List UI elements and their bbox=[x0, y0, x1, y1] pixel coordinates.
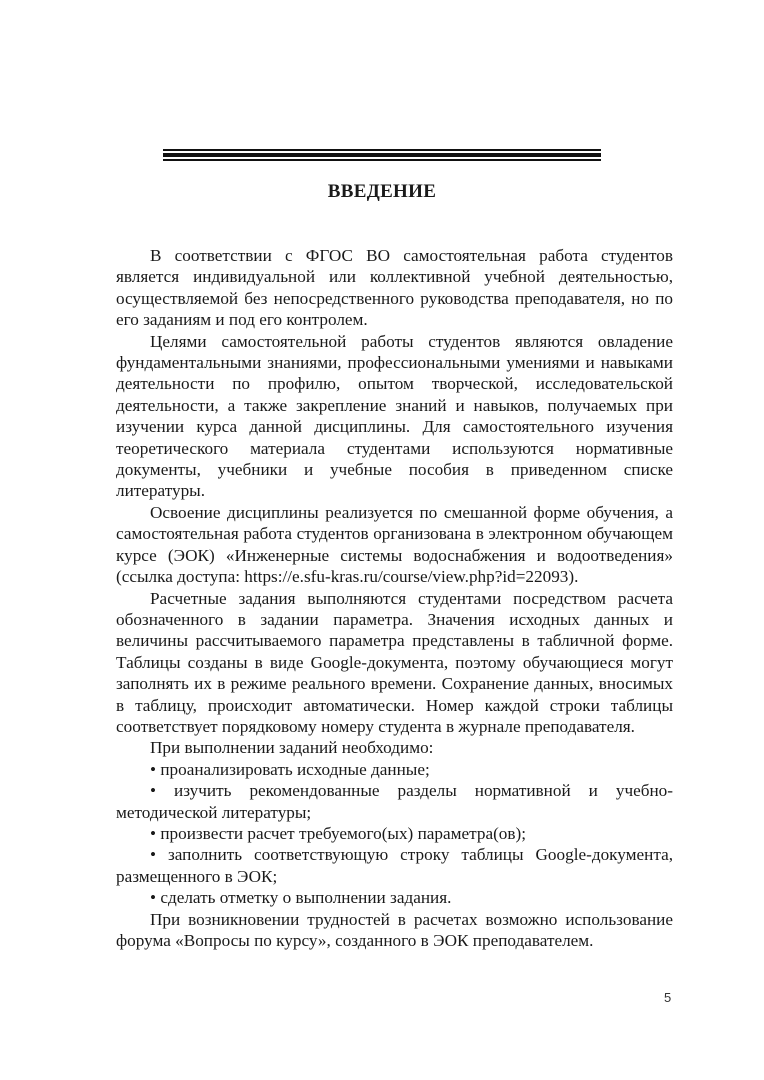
list-item: • изучить рекомендованные разделы нормат… bbox=[116, 780, 673, 823]
paragraph: Целями самостоятельной работы студентов … bbox=[116, 331, 673, 502]
paragraph: Освоение дисциплины реализуется по смеша… bbox=[116, 502, 673, 588]
section-heading: ВВЕДЕНИЕ bbox=[0, 181, 764, 203]
paragraph: При выполнении заданий необходимо: bbox=[116, 737, 673, 758]
body-text: В соответствии с ФГОС ВО самостоятельная… bbox=[116, 245, 673, 951]
list-item: • проанализировать исходные данные; bbox=[116, 759, 673, 780]
list-item: • произвести расчет требуемого(ых) парам… bbox=[116, 823, 673, 844]
paragraph: Расчетные задания выполняются студентами… bbox=[116, 588, 673, 738]
decorative-triple-rule bbox=[163, 149, 601, 161]
page-number: 5 bbox=[664, 990, 671, 1005]
paragraph: При возникновении трудностей в расчетах … bbox=[116, 909, 673, 952]
paragraph: В соответствии с ФГОС ВО самостоятельная… bbox=[116, 245, 673, 331]
list-item: • сделать отметку о выполнении задания. bbox=[116, 887, 673, 908]
list-item: • заполнить соответствующую строку табли… bbox=[116, 844, 673, 887]
